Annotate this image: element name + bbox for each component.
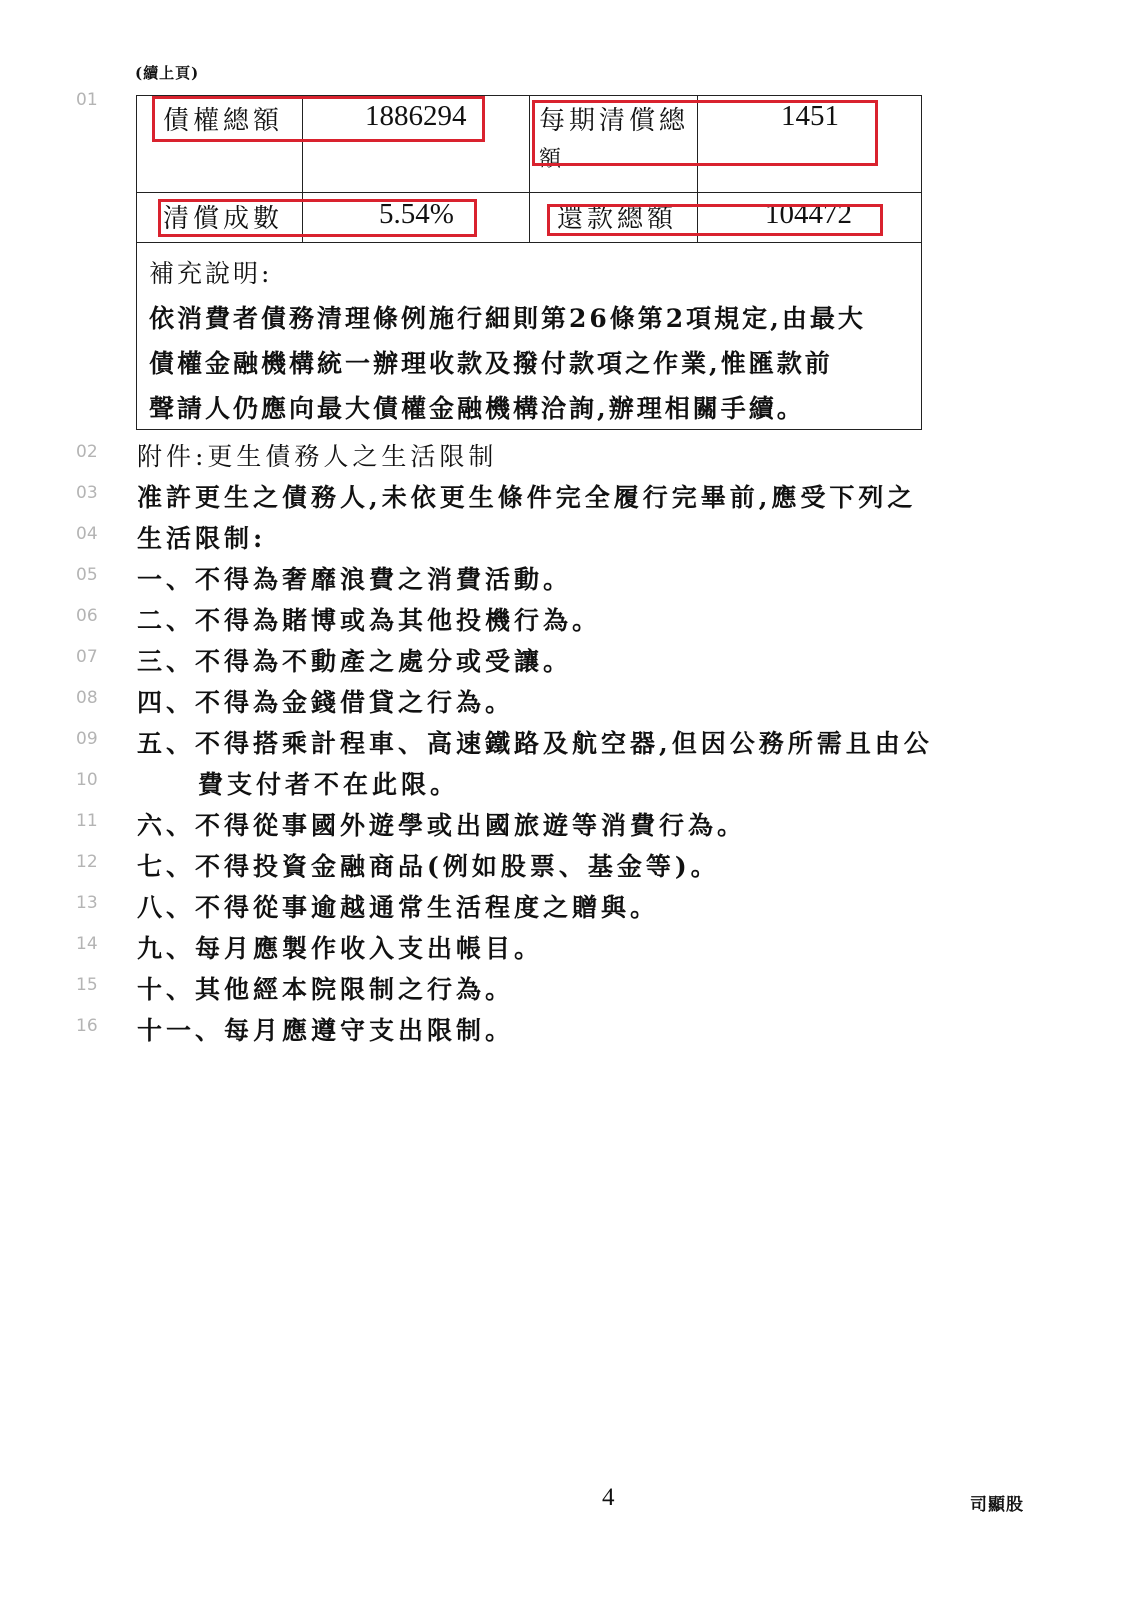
table-row-divider — [137, 242, 921, 243]
line-number: 12 — [76, 852, 106, 872]
line-number: 11 — [76, 811, 106, 831]
line-number: 10 — [76, 770, 106, 790]
line-number: 03 — [76, 483, 106, 503]
line-number: 15 — [76, 975, 106, 995]
restriction-item: 八、不得從事逾越通常生活程度之贈與。 — [137, 888, 659, 924]
line-number: 05 — [76, 565, 106, 585]
notes-line: 債權金融機構統一辦理收款及撥付款項之作業,惟匯款前 — [149, 344, 833, 380]
table-column-divider — [529, 96, 530, 242]
line-number: 16 — [76, 1016, 106, 1036]
line-number: 02 — [76, 442, 106, 462]
restriction-item: 六、不得從事國外遊學或出國旅遊等消費行為。 — [137, 806, 746, 842]
continued-from-previous-page: (續上頁) — [135, 62, 199, 83]
restriction-item: 五、不得搭乘計程車、高速鐵路及航空器,但因公務所需且由公 — [137, 724, 933, 760]
line-number: 01 — [76, 90, 106, 110]
restriction-item: 三、不得為不動產之處分或受讓。 — [137, 642, 572, 678]
notes-line: 聲請人仍應向最大債權金融機構洽詢,辦理相關手續。 — [149, 389, 805, 425]
court-division-label: 司顯股 — [970, 1490, 1024, 1515]
restriction-item: 九、每月應製作收入支出帳目。 — [137, 929, 543, 965]
line-number: 07 — [76, 647, 106, 667]
restriction-item: 十、其他經本院限制之行為。 — [137, 970, 514, 1006]
line-number: 04 — [76, 524, 106, 544]
line-number: 08 — [76, 688, 106, 708]
restriction-item: 二、不得為賭博或為其他投機行為。 — [137, 601, 601, 637]
restriction-item: 十一、每月應遵守支出限制。 — [137, 1011, 514, 1047]
notes-line: 依消費者債務清理條例施行細則第26條第2項規定,由最大 — [149, 299, 866, 335]
line-number: 09 — [76, 729, 106, 749]
restriction-item: 四、不得為金錢借貸之行為。 — [137, 683, 514, 719]
line-number: 13 — [76, 893, 106, 913]
page-number: 4 — [602, 1484, 615, 1512]
intro-text: 准許更生之債務人,未依更生條件完全履行完畢前,應受下列之 — [137, 478, 916, 514]
highlight-box-total-claims — [152, 96, 485, 142]
line-number: 06 — [76, 606, 106, 626]
restriction-item-continued: 費支付者不在此限。 — [198, 765, 459, 801]
restriction-item: 一、不得為奢靡浪費之消費活動。 — [137, 560, 572, 596]
intro-text: 生活限制: — [137, 519, 266, 555]
highlight-box-total-repayment — [547, 204, 883, 236]
line-number: 14 — [76, 934, 106, 954]
restriction-item: 七、不得投資金融商品(例如股票、基金等)。 — [137, 847, 720, 883]
highlight-box-per-period — [532, 100, 878, 166]
attachment-title: 附件:更生債務人之生活限制 — [137, 437, 497, 473]
highlight-box-repayment-ratio — [158, 199, 477, 237]
notes-title: 補充說明: — [149, 254, 272, 290]
